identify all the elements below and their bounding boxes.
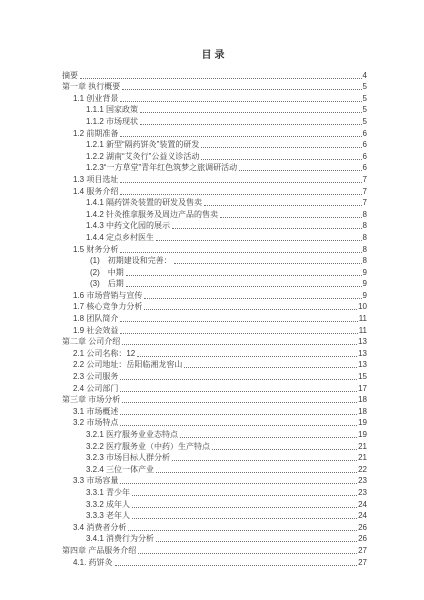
toc-entry[interactable]: 1.2 前期准备6 bbox=[62, 127, 367, 139]
toc-entry-page-number: 24 bbox=[358, 511, 367, 521]
dot-leader bbox=[120, 333, 357, 334]
dot-leader bbox=[80, 78, 362, 79]
toc-entry-page-number: 7 bbox=[363, 198, 367, 208]
toc-entry[interactable]: 2.4 公司部门17 bbox=[62, 382, 367, 394]
toc-entry[interactable]: (3) 后期9 bbox=[62, 278, 367, 290]
toc-entry-page-number: 8 bbox=[363, 233, 367, 243]
toc-entry-label: 第四章 产品服务介绍 bbox=[62, 546, 136, 556]
toc-entry-label: 第三章 市场分析 bbox=[62, 395, 120, 405]
dot-leader bbox=[120, 182, 361, 183]
toc-entry[interactable]: 1.4.3 中药文化园的展示8 bbox=[62, 220, 367, 232]
toc-entry[interactable]: 2.2 公司地址：岳阳临湘龙窖山13 bbox=[62, 359, 367, 371]
toc-entry-label: 1.4.4 定点乡村医生 bbox=[86, 233, 154, 243]
toc-entry-page-number: 8 bbox=[363, 256, 367, 266]
toc-entry[interactable]: 3.4 消费者分析26 bbox=[62, 521, 367, 533]
toc-entry[interactable]: 2.1 公司名称：1213 bbox=[62, 347, 367, 359]
dot-leader bbox=[156, 541, 357, 542]
toc-entry-page-number: 27 bbox=[358, 546, 367, 556]
toc-entry[interactable]: 1.4.2 针灸推拿服务及周边产品的售卖8 bbox=[62, 208, 367, 220]
toc-entry[interactable]: 3.4.1 消费行为分析26 bbox=[62, 533, 367, 545]
toc-entry-label: 3.1 市场概述 bbox=[73, 407, 118, 417]
toc-entry-page-number: 13 bbox=[358, 337, 367, 347]
toc-entry[interactable]: 1.2.1 新型“隔药饼灸”装置的研发6 bbox=[62, 139, 367, 151]
toc-entry-label: 1.2 前期准备 bbox=[73, 129, 118, 139]
toc-entry[interactable]: 第四章 产品服务介绍27 bbox=[62, 544, 367, 556]
toc-entry-page-number: 23 bbox=[358, 476, 367, 486]
toc-entry-label: 2.2 公司地址：岳阳临湘龙窖山 bbox=[73, 360, 182, 370]
toc-entry-page-number: 5 bbox=[363, 82, 367, 92]
toc-entry-label: 4.1. 药饼灸 bbox=[73, 558, 113, 568]
dot-leader bbox=[220, 217, 362, 218]
toc-entry-label: 3.3.2 成年人 bbox=[86, 500, 130, 510]
toc-entry-page-number: 10 bbox=[358, 302, 367, 312]
toc-entry-page-number: 4 bbox=[363, 71, 367, 81]
toc-entry[interactable]: 摘要4 bbox=[62, 69, 367, 81]
toc-entry[interactable]: 1.9 社会效益11 bbox=[62, 324, 367, 336]
dot-leader bbox=[239, 170, 361, 171]
toc-entry[interactable]: 3.1 市场概述18 bbox=[62, 405, 367, 417]
toc-entry[interactable]: 1.2.2 湖南“艾灸行”公益义诊活动6 bbox=[62, 150, 367, 162]
dot-leader bbox=[201, 159, 361, 160]
toc-entry[interactable]: 1.8 团队简介11 bbox=[62, 312, 367, 324]
toc-entry-label: 1.1.2 市场现状 bbox=[86, 117, 138, 127]
dot-leader bbox=[126, 275, 362, 276]
toc-entry-page-number: 26 bbox=[358, 534, 367, 544]
dot-leader bbox=[184, 367, 357, 368]
toc-entry-label: 3.4.1 消费行为分析 bbox=[86, 534, 154, 544]
dot-leader bbox=[138, 553, 357, 554]
toc-entry-label: 1.4.3 中药文化园的展示 bbox=[86, 221, 170, 231]
toc-entry[interactable]: 1.4.4 定点乡村医生8 bbox=[62, 231, 367, 243]
toc-title: 目录 bbox=[62, 46, 367, 61]
toc-entry-label: (2) 中期 bbox=[90, 268, 124, 278]
toc-entry-label: 3.2 市场特点 bbox=[73, 418, 118, 428]
dot-leader bbox=[180, 437, 357, 438]
dot-leader bbox=[144, 309, 357, 310]
toc-entry-label: 3.4 消费者分析 bbox=[73, 523, 126, 533]
toc-entry-label: 3.2.1 医疗服务业业态特点 bbox=[86, 430, 178, 440]
toc-entry-label: (3) 后期 bbox=[90, 279, 124, 289]
dot-leader bbox=[144, 298, 361, 299]
toc-entry-page-number: 5 bbox=[363, 105, 367, 115]
dot-leader bbox=[126, 286, 362, 287]
toc-entry-page-number: 11 bbox=[359, 314, 367, 324]
dot-leader bbox=[140, 124, 362, 125]
toc-entry-page-number: 5 bbox=[363, 94, 367, 104]
toc-entry[interactable]: 2.3 公司服务15 bbox=[62, 370, 367, 382]
dot-leader bbox=[122, 402, 357, 403]
toc-entry[interactable]: 3.3.2 成年人24 bbox=[62, 498, 367, 510]
toc-entry-page-number: 27 bbox=[358, 558, 367, 568]
toc-entry-page-number: 11 bbox=[359, 326, 367, 336]
toc-entry[interactable]: 1.1 创业背景5 bbox=[62, 92, 367, 104]
toc-entry-label: 1.4.2 针灸推拿服务及周边产品的售卖 bbox=[86, 210, 218, 220]
toc-entry-label: 2.4 公司部门 bbox=[73, 384, 118, 394]
dot-leader bbox=[120, 252, 361, 253]
toc-entry[interactable]: 1.4 服务介绍7 bbox=[62, 185, 367, 197]
toc-entry[interactable]: 1.1.2 市场现状5 bbox=[62, 115, 367, 127]
toc-entry-label: 3.2.4 三位一体产业 bbox=[86, 465, 154, 475]
toc-entry-label: 1.2.1 新型“隔药饼灸”装置的研发 bbox=[86, 140, 199, 150]
dot-leader bbox=[140, 112, 362, 113]
dot-leader bbox=[115, 565, 358, 566]
dot-leader bbox=[128, 530, 357, 531]
toc-entry-page-number: 13 bbox=[358, 360, 367, 370]
dot-leader bbox=[120, 391, 357, 392]
toc-entry-label: 1.6 市场营销与宣传 bbox=[73, 291, 142, 301]
toc-entry-page-number: 8 bbox=[363, 210, 367, 220]
toc-entry[interactable]: 第二章 公司介绍13 bbox=[62, 336, 367, 348]
toc-entry-page-number: 8 bbox=[363, 221, 367, 231]
toc-entry-label: 摘要 bbox=[62, 71, 78, 81]
dot-leader bbox=[201, 147, 361, 148]
toc-entry-label: 3.3.3 老年人 bbox=[86, 511, 130, 521]
toc-entry-label: 1.8 团队简介 bbox=[73, 314, 118, 324]
dot-leader bbox=[172, 228, 362, 229]
toc-entry-page-number: 6 bbox=[363, 152, 367, 162]
toc-entry-label: 1.5 财务分析 bbox=[73, 245, 118, 255]
dot-leader bbox=[204, 205, 362, 206]
dot-leader bbox=[120, 321, 357, 322]
toc-entry-label: 3.3.1 青少年 bbox=[86, 488, 130, 498]
dot-leader bbox=[137, 356, 357, 357]
toc-entry-page-number: 13 bbox=[358, 349, 367, 359]
dot-leader bbox=[132, 495, 357, 496]
dot-leader bbox=[132, 507, 357, 508]
toc-entry[interactable]: 1.3 项目选址7 bbox=[62, 173, 367, 185]
toc-entry-page-number: 19 bbox=[358, 430, 367, 440]
dot-leader bbox=[122, 344, 357, 345]
dot-leader bbox=[120, 414, 357, 415]
toc-entry[interactable]: (1) 初期建设和完善：8 bbox=[62, 255, 367, 267]
toc-entry-page-number: 23 bbox=[358, 488, 367, 498]
toc-entry-page-number: 9 bbox=[363, 268, 367, 278]
document-page: 目录 摘要4第一章 执行概要51.1 创业背景51.1.1 国家政策51.1.2… bbox=[0, 0, 424, 600]
toc-entry-page-number: 6 bbox=[363, 140, 367, 150]
dot-leader bbox=[120, 483, 357, 484]
toc-entry-label: 1.4.1 隔药饼灸装置的研发及售卖 bbox=[86, 198, 202, 208]
toc-entry[interactable]: 3.2.2 医疗服务业（中药）生产特点21 bbox=[62, 440, 367, 452]
toc-entry[interactable]: 3.3.3 老年人24 bbox=[62, 510, 367, 522]
dot-leader bbox=[172, 460, 357, 461]
toc-list: 摘要4第一章 执行概要51.1 创业背景51.1.1 国家政策51.1.2 市场… bbox=[62, 69, 367, 568]
toc-entry-page-number: 18 bbox=[358, 395, 367, 405]
toc-entry-label: 1.1 创业背景 bbox=[73, 94, 118, 104]
toc-entry-label: 1.3 项目选址 bbox=[73, 175, 118, 185]
toc-entry-label: 第一章 执行概要 bbox=[62, 82, 120, 92]
toc-entry-page-number: 7 bbox=[363, 175, 367, 185]
toc-entry-page-number: 9 bbox=[363, 291, 367, 301]
toc-entry-label: (1) 初期建设和完善： bbox=[90, 256, 172, 266]
toc-entry-label: 2.3 公司服务 bbox=[73, 372, 118, 382]
dot-leader bbox=[212, 449, 357, 450]
toc-entry-label: 3.3 市场容量 bbox=[73, 476, 118, 486]
toc-entry[interactable]: 3.2.1 医疗服务业业态特点19 bbox=[62, 428, 367, 440]
toc-entry-page-number: 21 bbox=[358, 442, 367, 452]
dot-leader bbox=[120, 425, 357, 426]
toc-entry[interactable]: 1.7 核心竞争力分析10 bbox=[62, 301, 367, 313]
dot-leader bbox=[120, 101, 361, 102]
toc-entry-label: 1.2.3“一方草堂”青年红色筑梦之旅调研活动 bbox=[86, 163, 237, 173]
toc-entry[interactable]: 3.2.4 三位一体产业22 bbox=[62, 463, 367, 475]
dot-leader bbox=[122, 89, 361, 90]
dot-leader bbox=[132, 518, 357, 519]
toc-entry[interactable]: 第三章 市场分析18 bbox=[62, 394, 367, 406]
toc-entry-page-number: 15 bbox=[358, 372, 367, 382]
toc-entry-page-number: 6 bbox=[363, 163, 367, 173]
toc-entry-page-number: 19 bbox=[358, 418, 367, 428]
toc-entry-label: 2.1 公司名称：12 bbox=[73, 349, 135, 359]
toc-entry[interactable]: 1.4.1 隔药饼灸装置的研发及售卖7 bbox=[62, 197, 367, 209]
dot-leader bbox=[156, 240, 362, 241]
dot-leader bbox=[120, 136, 361, 137]
toc-entry-label: 第二章 公司介绍 bbox=[62, 337, 120, 347]
toc-entry[interactable]: 4.1. 药饼灸27 bbox=[62, 556, 367, 568]
toc-entry-label: 1.2.2 湖南“艾灸行”公益义诊活动 bbox=[86, 152, 199, 162]
dot-leader bbox=[156, 472, 357, 473]
toc-entry[interactable]: 3.2.3 市场目标人群分析21 bbox=[62, 452, 367, 464]
toc-entry[interactable]: 1.2.3“一方草堂”青年红色筑梦之旅调研活动6 bbox=[62, 162, 367, 174]
toc-entry[interactable]: 3.3.1 青少年23 bbox=[62, 486, 367, 498]
toc-entry-page-number: 17 bbox=[358, 384, 367, 394]
toc-entry[interactable]: 1.5 财务分析8 bbox=[62, 243, 367, 255]
dot-leader bbox=[174, 263, 362, 264]
toc-entry[interactable]: 1.1.1 国家政策5 bbox=[62, 104, 367, 116]
dot-leader bbox=[120, 379, 357, 380]
toc-entry[interactable]: 第一章 执行概要5 bbox=[62, 81, 367, 93]
toc-entry-label: 1.7 核心竞争力分析 bbox=[73, 302, 142, 312]
toc-entry[interactable]: 1.6 市场营销与宣传9 bbox=[62, 289, 367, 301]
toc-entry-page-number: 7 bbox=[363, 187, 367, 197]
toc-entry-label: 1.1.1 国家政策 bbox=[86, 105, 138, 115]
toc-entry-page-number: 21 bbox=[358, 453, 367, 463]
toc-entry-page-number: 8 bbox=[363, 245, 367, 255]
toc-entry-page-number: 22 bbox=[358, 465, 367, 475]
toc-entry-page-number: 26 bbox=[358, 523, 367, 533]
toc-entry[interactable]: 3.3 市场容量23 bbox=[62, 475, 367, 487]
toc-entry[interactable]: (2) 中期9 bbox=[62, 266, 367, 278]
toc-entry-page-number: 9 bbox=[363, 279, 367, 289]
toc-entry-page-number: 18 bbox=[358, 407, 367, 417]
toc-entry-page-number: 24 bbox=[358, 500, 367, 510]
toc-entry[interactable]: 3.2 市场特点19 bbox=[62, 417, 367, 429]
toc-entry-label: 3.2.2 医疗服务业（中药）生产特点 bbox=[86, 442, 210, 452]
toc-entry-label: 3.2.3 市场目标人群分析 bbox=[86, 453, 170, 463]
toc-entry-page-number: 5 bbox=[363, 117, 367, 127]
toc-entry-label: 1.4 服务介绍 bbox=[73, 187, 118, 197]
toc-entry-page-number: 6 bbox=[363, 129, 367, 139]
toc-entry-label: 1.9 社会效益 bbox=[73, 326, 118, 336]
dot-leader bbox=[120, 194, 361, 195]
